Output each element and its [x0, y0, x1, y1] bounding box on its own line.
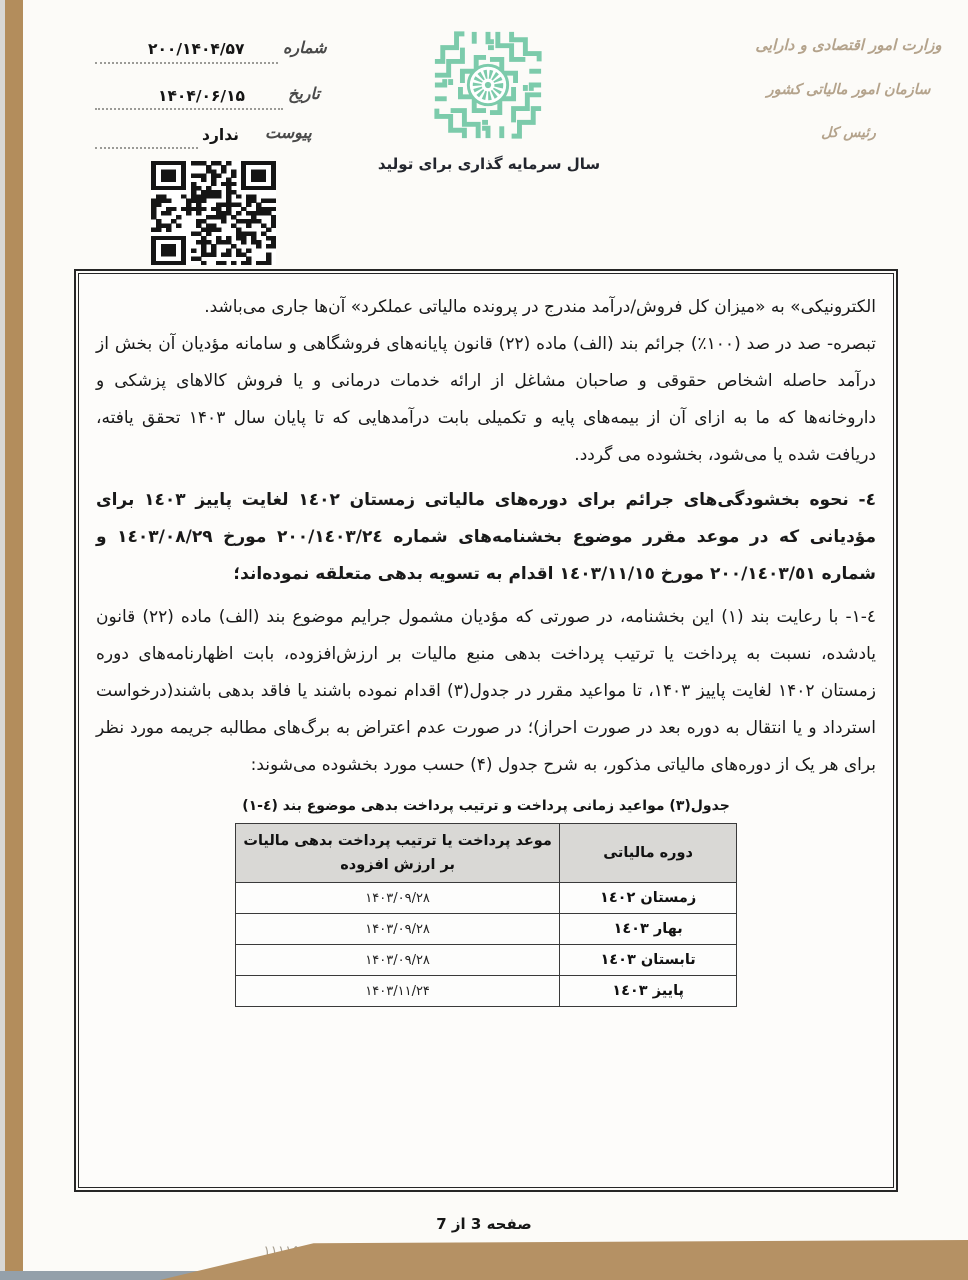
letter-date-rule — [95, 108, 283, 110]
year-slogan: سال سرمایه گذاری برای تولید — [334, 155, 644, 173]
letter-number-value: ۲۰۰/۱۴۰۴/۵۷ — [148, 40, 244, 58]
page-number: صفحه 3 از 7 — [284, 1215, 684, 1233]
deadline-cell: ۱۴۰۳/۱۱/۲۴ — [236, 976, 560, 1007]
table-caption: جدول(۳) مواعید زمانی پرداخت و ترتیب پردا… — [96, 798, 876, 814]
letter-attachment-value: ندارد — [202, 126, 239, 144]
letter-number-rule — [95, 62, 278, 64]
ministry-name: وزارت امور اقتصادی و دارایی — [741, 22, 956, 68]
header-cell-period: دوره مالیاتی — [560, 824, 737, 883]
deadline-cell: ۱۴۰۳/۰۹/۲۸ — [236, 914, 560, 945]
photo-left-tan-edge — [5, 0, 23, 1280]
table-row: تابستان ١٤٠٣ ۱۴۰۳/۰۹/۲۸ — [236, 945, 737, 976]
period-cell: زمستان ١٤٠٢ — [560, 883, 737, 914]
letter-body-box: الکترونیکی» به «میزان کل فروش/درآمد مندر… — [78, 273, 894, 1188]
letter-date-value: ۱۴۰۴/۰۶/۱۵ — [158, 87, 245, 105]
scanned-letter-photo: شماره ۲۰۰/۱۴۰۴/۵۷ تاریخ ۱۴۰۴/۰۶/۱۵ پیوست… — [0, 0, 968, 1280]
table-header-row: دوره مالیاتی موعد پرداخت یا ترتیب پرداخت… — [236, 824, 737, 883]
body-paragraph-tabsareh: تبصره- صد در صد (۱۰۰٪) جرائم بند (الف) م… — [96, 326, 876, 474]
table-row: پاییز ١٤٠٣ ۱۴۰۳/۱۱/۲۴ — [236, 976, 737, 1007]
tax-organization-logo-icon — [428, 26, 548, 144]
header-cell-deadline: موعد پرداخت یا ترتیب پرداخت بدهی مالیات … — [236, 824, 560, 883]
table-row: زمستان ١٤٠٢ ۱۴۰۳/۰۹/۲۸ — [236, 883, 737, 914]
organization-name: سازمان امور مالیاتی کشور — [741, 68, 956, 112]
table-row: بهار ١٤٠٣ ۱۴۰۳/۰۹/۲۸ — [236, 914, 737, 945]
body-paragraph-clause-4: ٤- نحوه بخشودگی‌های جرائم برای دوره‌های … — [96, 482, 876, 593]
letterhead-block: وزارت امور اقتصادی و دارایی سازمان امور … — [741, 22, 956, 154]
period-cell: تابستان ١٤٠٣ — [560, 945, 737, 976]
period-cell: بهار ١٤٠٣ — [560, 914, 737, 945]
logo-rosette — [468, 65, 507, 104]
body-paragraph-continuation: الکترونیکی» به «میزان کل فروش/درآمد مندر… — [96, 289, 876, 326]
period-cell: پاییز ١٤٠٣ — [560, 976, 737, 1007]
letter-number-label: شماره — [283, 38, 327, 57]
letter-date-label: تاریخ — [288, 84, 320, 103]
letter-attachment-rule — [95, 147, 198, 149]
qr-code — [151, 161, 276, 265]
payment-deadlines-table: دوره مالیاتی موعد پرداخت یا ترتیب پرداخت… — [235, 823, 737, 1007]
letter-attachment-label: پیوست — [265, 123, 312, 142]
signatory-title: رئیس کل — [741, 112, 956, 154]
deadline-cell: ۱۴۰۳/۰۹/۲۸ — [236, 945, 560, 976]
body-paragraph-clause-4-1: ٤-١- با رعایت بند (۱) این بخشنامه، در صو… — [96, 599, 876, 784]
deadline-cell: ۱۴۰۳/۰۹/۲۸ — [236, 883, 560, 914]
